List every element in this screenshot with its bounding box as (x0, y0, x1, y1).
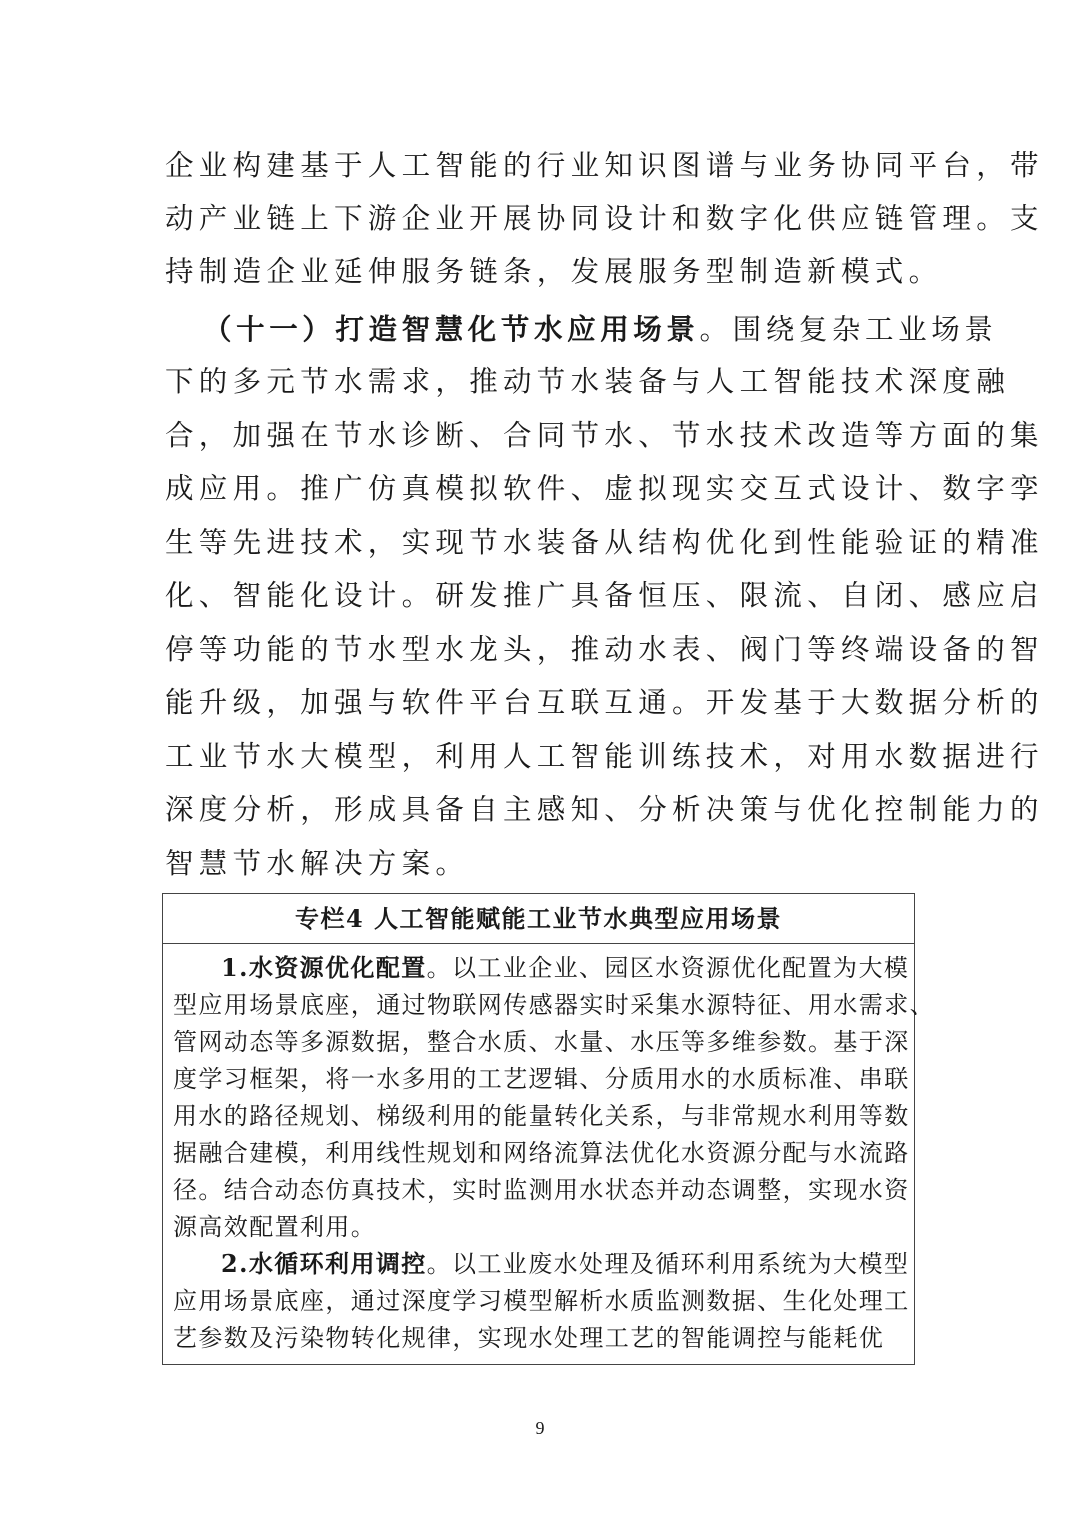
text-line: 生等先进技术，实现节水装备从结构优化到性能验证的精准 (165, 523, 917, 563)
box-line: 径。结合动态仿真技术，实时监测用水状态并动态调整，实现水资 (173, 1173, 906, 1207)
item2-heading-tail: 。以工业废水处理及循环利用系统为大模型 (427, 1250, 910, 1278)
text-line: 工业节水大模型，利用人工智能训练技术，对用水数据进行 (165, 737, 917, 777)
section-heading-tail: 。围绕复杂工业场景 (700, 313, 998, 346)
page-number: 9 (0, 1418, 1080, 1439)
section-first-line: （十一）打造智慧化节水应用场景。围绕复杂工业场景 (165, 309, 955, 349)
text-line: 能升级，加强与软件平台互联互通。开发基于大数据分析的 (165, 683, 917, 723)
box-line: 应用场景底座，通过深度学习模型解析水质监测数据、生化处理工 (173, 1284, 906, 1318)
text-line: 企业构建基于人工智能的行业知识图谱与业务协同平台，带 (165, 146, 917, 186)
item2-first-line: 2.水循环利用调控。以工业废水处理及循环利用系统为大模型 (173, 1247, 906, 1281)
box-line: 艺参数及污染物转化规律，实现水处理工艺的智能调控与能耗优 (173, 1321, 906, 1355)
text-line: 停等功能的节水型水龙头，推动水表、阀门等终端设备的智 (165, 630, 917, 670)
section-heading: （十一）打造智慧化节水应用场景 (203, 312, 700, 346)
text-line: 成应用。推广仿真模拟软件、虚拟现实交互式设计、数字孪 (165, 469, 917, 509)
box-line: 管网动态等多源数据，整合水质、水量、水压等多维参数。基于深 (173, 1025, 906, 1059)
text-line: 下的多元节水需求，推动节水装备与人工智能技术深度融 (165, 362, 917, 402)
text-line: 持制造企业延伸服务链条，发展服务型制造新模式。 (165, 252, 917, 292)
item1-heading-tail: 。以工业企业、园区水资源优化配置为大模 (427, 954, 910, 982)
text-line: 深度分析，形成具备自主感知、分析决策与优化控制能力的 (165, 790, 917, 830)
text-line: 智慧节水解决方案。 (165, 844, 917, 884)
item1-heading: 1.水资源优化配置 (221, 953, 427, 982)
box-line: 据融合建模，利用线性规划和网络流算法优化水资源分配与水流路 (173, 1136, 906, 1170)
text-line: 化、智能化设计。研发推广具备恒压、限流、自闭、感应启 (165, 576, 917, 616)
text-line: 合，加强在节水诊断、合同节水、节水技术改造等方面的集 (165, 416, 917, 456)
box-line: 用水的路径规划、梯级利用的能量转化关系，与非常规水利用等数 (173, 1099, 906, 1133)
document-page: 企业构建基于人工智能的行业知识图谱与业务协同平台，带 动产业链上下游企业开展协同… (0, 0, 1080, 1527)
feature-box: 专栏4 人工智能赋能工业节水典型应用场景 1.水资源优化配置。以工业企业、园区水… (162, 893, 915, 1365)
box-title: 专栏4 人工智能赋能工业节水典型应用场景 (163, 894, 914, 944)
text-line: 动产业链上下游企业开展协同设计和数字化供应链管理。支 (165, 199, 917, 239)
item2-heading: 2.水循环利用调控 (221, 1249, 427, 1278)
box-line: 度学习框架，将一水多用的工艺逻辑、分质用水的水质标准、串联 (173, 1062, 906, 1096)
item1-first-line: 1.水资源优化配置。以工业企业、园区水资源优化配置为大模 (173, 951, 906, 985)
box-line: 源高效配置利用。 (173, 1210, 906, 1244)
box-line: 型应用场景底座，通过物联网传感器实时采集水源特征、用水需求、 (173, 988, 906, 1022)
